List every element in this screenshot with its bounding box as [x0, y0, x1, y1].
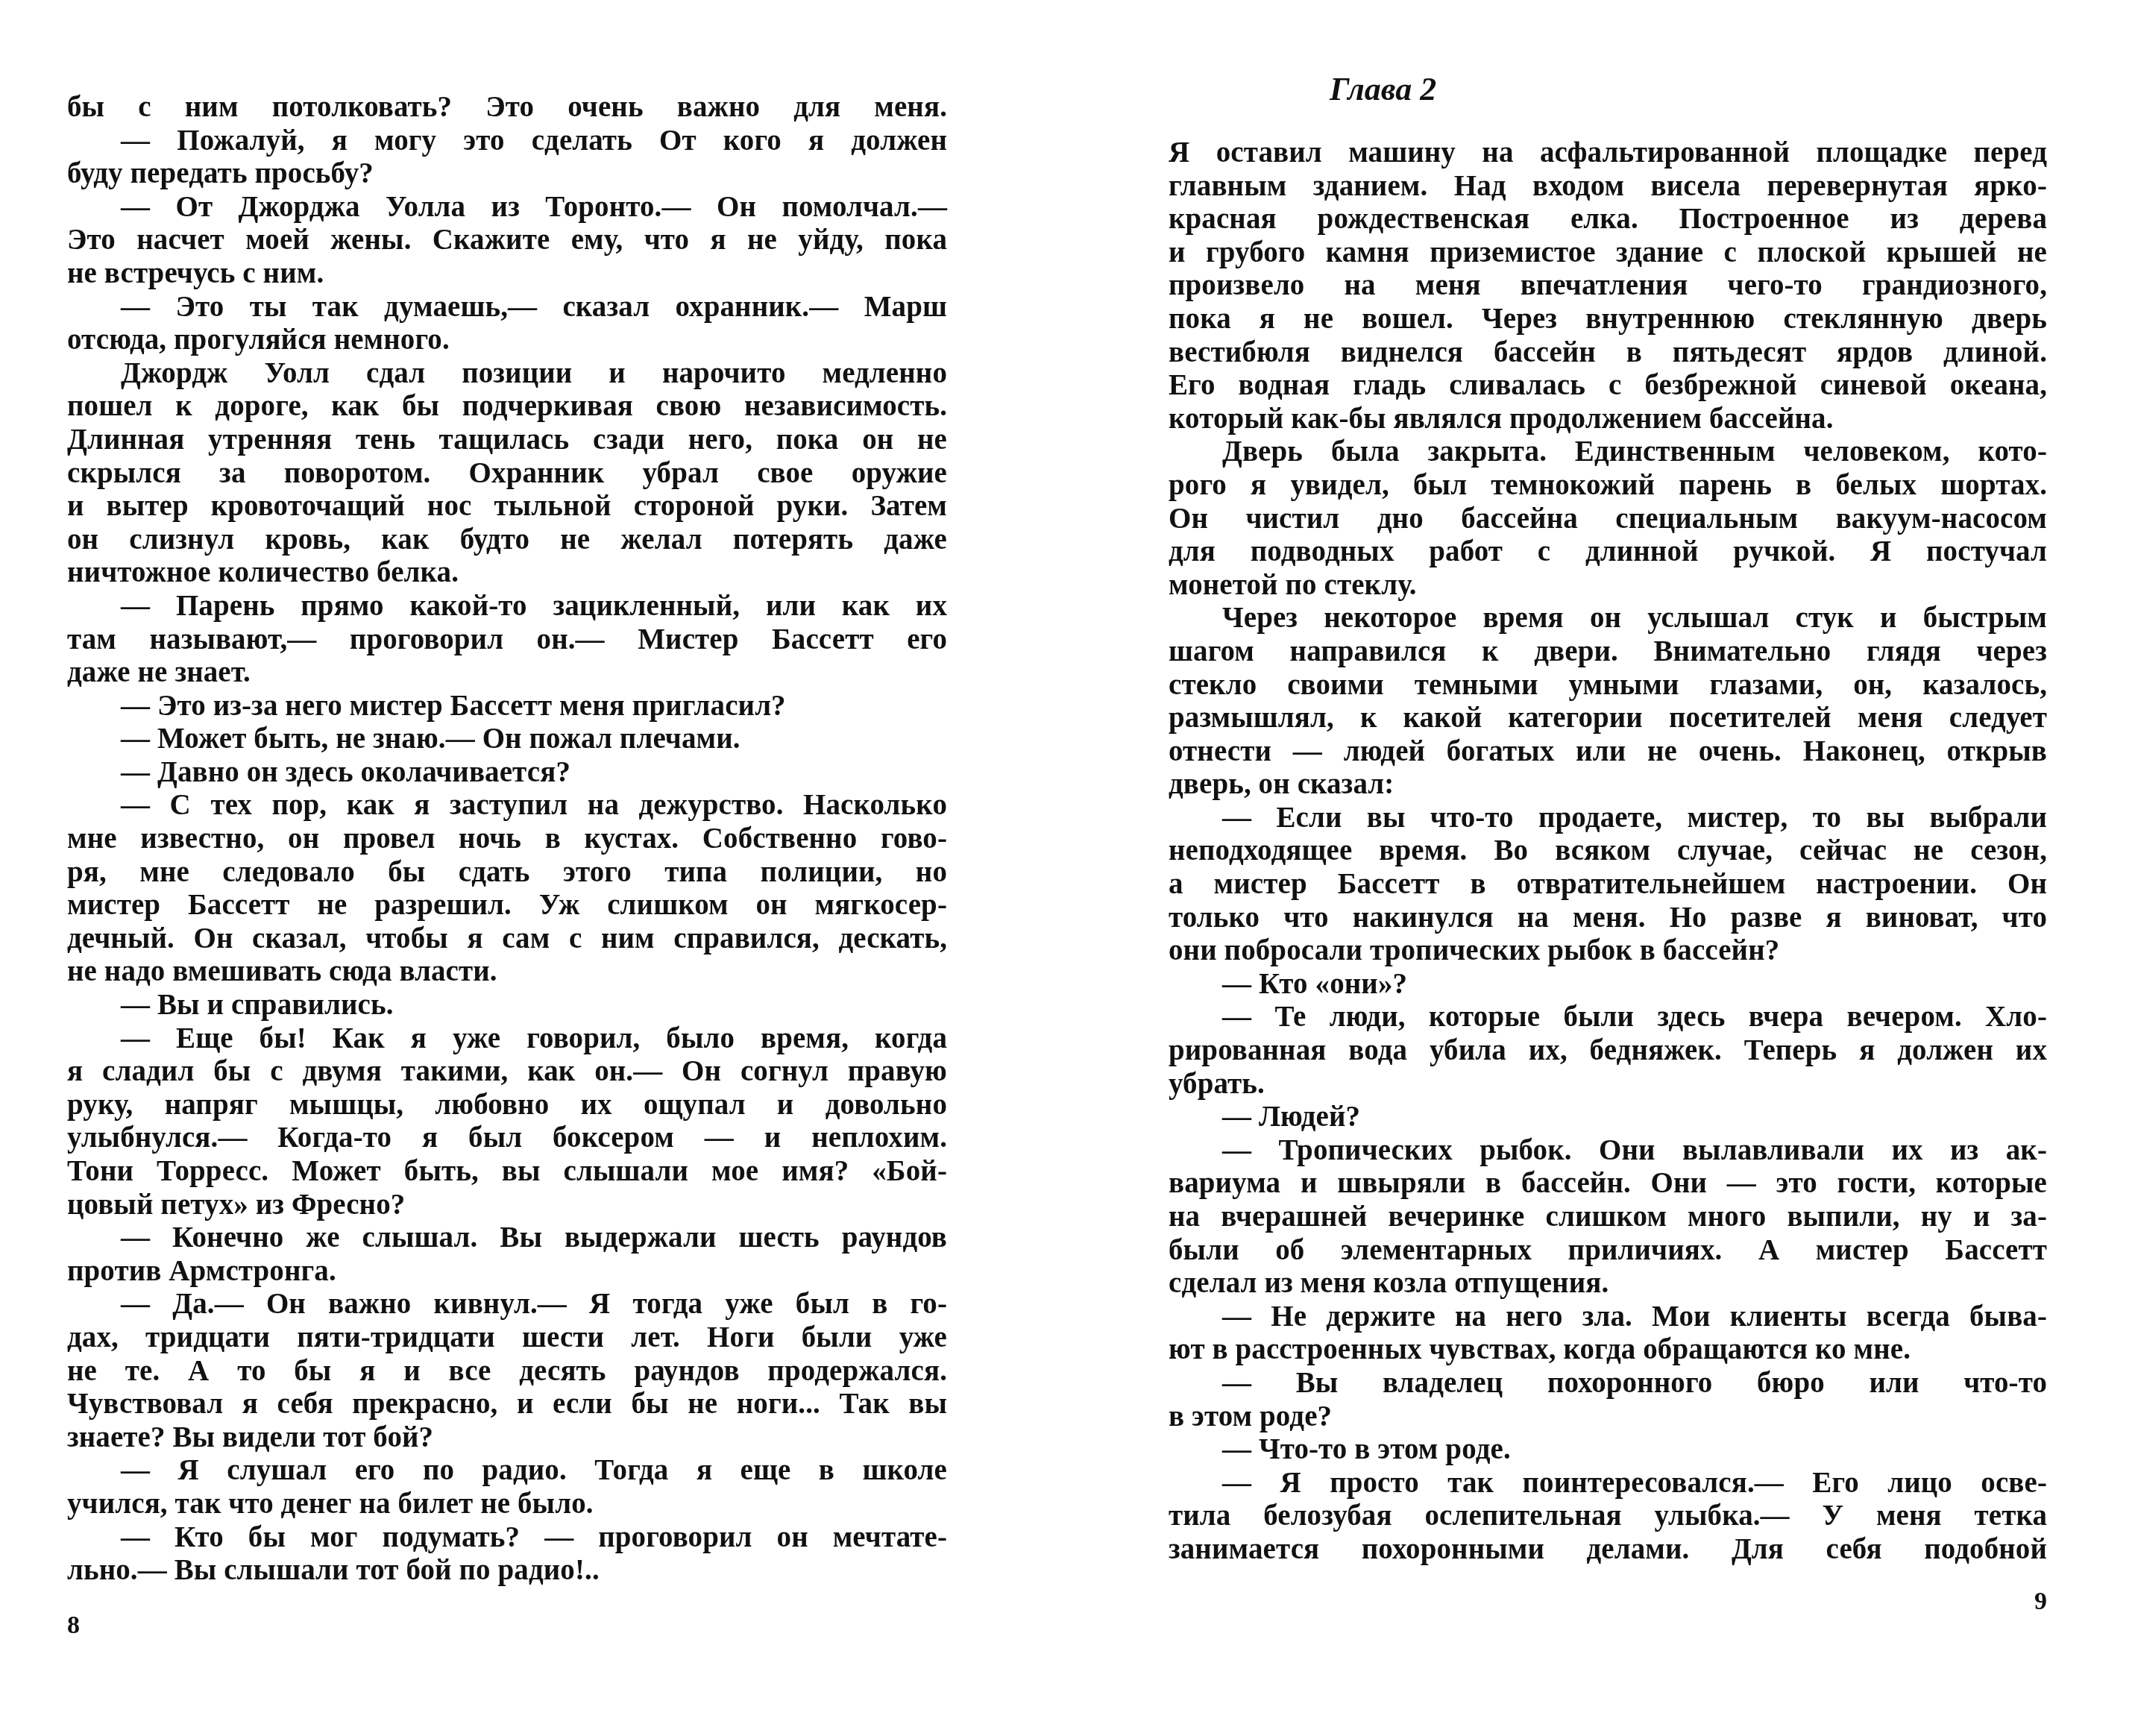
text-line: шагом направился к двери. Внимательно гл… — [1169, 635, 2047, 669]
text-line: тила белозубая ослепительная улыбка.— У … — [1169, 1500, 2047, 1533]
text-line: мистер Бассетт не разрешил. Уж слишком о… — [67, 889, 947, 922]
text-line: вариума и швыряли в бассейн. Они — это г… — [1169, 1167, 2047, 1201]
text-line: сделал из меня козла отпущения. — [1169, 1267, 2047, 1301]
text-line: ря, мне следовало бы сдать этого типа по… — [67, 856, 947, 890]
text-line: ничтожное количество белка. — [67, 556, 947, 590]
text-line: я сладил бы с двумя такими, как он.— Он … — [67, 1055, 947, 1089]
text-line: — Вы владелец похоронного бюро или что-т… — [1169, 1367, 2047, 1400]
text-line: не встречусь с ним. — [67, 257, 947, 291]
text-line: — Давно он здесь околачивается? — [67, 756, 947, 790]
text-line: не надо вмешивать сюда власти. — [67, 955, 947, 989]
text-line: и вытер кровоточащий нос тыльной стороно… — [67, 490, 947, 523]
text-line: — Может быть, не знаю.— Он пожал плечами… — [67, 723, 947, 756]
text-line: руку, напряг мышцы, любовно их ощупал и … — [67, 1089, 947, 1122]
text-line: — Это из-за него мистер Бассетт меня при… — [67, 690, 947, 723]
text-line: отсюда, прогуляйся немного. — [67, 324, 947, 357]
text-line: и грубого камня приземистое здание с пло… — [1169, 236, 2047, 270]
right-page: Глава 2 Я оставил машину на асфальтирова… — [1169, 0, 2047, 1736]
text-line: льно.— Вы слышали тот бой по радио!.. — [67, 1554, 947, 1588]
text-line: только что накинулся на меня. Но разве я… — [1169, 902, 2047, 935]
text-line: Он чистил дно бассейна специальным вакуу… — [1169, 503, 2047, 536]
text-line: Длинная утренняя тень тащилась сзади нег… — [67, 424, 947, 457]
text-line: Тони Торресс. Может быть, вы слышали мое… — [67, 1155, 947, 1189]
text-line: бы с ним потолковать? Это очень важно дл… — [67, 91, 947, 125]
text-line: монетой по стеклу. — [1169, 569, 2047, 603]
text-line: — Те люди, которые были здесь вчера вече… — [1169, 1001, 2047, 1034]
text-line: который как-бы являлся продолжением басс… — [1169, 403, 2047, 436]
text-line: стекло своими темными умными глазами, он… — [1169, 669, 2047, 702]
text-line: главным зданием. Над входом висела перев… — [1169, 170, 2047, 204]
text-line: он слизнул кровь, как будто не желал пот… — [67, 523, 947, 557]
page-number-left: 8 — [67, 1611, 80, 1641]
text-line: вестибюля виднелся бассейн в пятьдесят я… — [1169, 336, 2047, 370]
text-line: буду передать просьбу? — [67, 157, 947, 191]
text-line: отнести — людей богатых или не очень. На… — [1169, 735, 2047, 769]
text-line: рированная вода убила их, бедняжек. Тепе… — [1169, 1034, 2047, 1068]
text-line: против Армстронга. — [67, 1255, 947, 1289]
text-line: занимается похоронными делами. Для себя … — [1169, 1533, 2047, 1567]
text-line: — Что-то в этом роде. — [1169, 1433, 2047, 1467]
text-line: — Вы и справились. — [67, 989, 947, 1022]
text-line: дах, тридцати пяти-тридцати шести лет. Н… — [67, 1321, 947, 1355]
text-line: — Парень прямо какой-то зацикленный, или… — [67, 590, 947, 623]
text-line: — Кто «они»? — [1169, 968, 2047, 1001]
text-line: улыбнулся.— Когда-то я был боксером — и … — [67, 1122, 947, 1155]
chapter-title: Глава 2 — [1330, 69, 1436, 110]
text-line: — Да.— Он важно кивнул.— Я тогда уже был… — [67, 1288, 947, 1321]
text-line: ют в расстроенных чувствах, когда обраща… — [1169, 1333, 2047, 1367]
text-line: — От Джорджа Уолла из Торонто.— Он помол… — [67, 191, 947, 224]
text-line: Дверь была закрыта. Единственным человек… — [1169, 435, 2047, 469]
text-line: рого я увидел, был темнокожий парень в б… — [1169, 469, 2047, 503]
text-line: — Тропических рыбок. Они вылавливали их … — [1169, 1134, 2047, 1168]
text-line: цовый петух» из Фресно? — [67, 1189, 947, 1222]
text-line: — Я просто так поинтересовался.— Его лиц… — [1169, 1467, 2047, 1500]
text-line: дверь, он сказал: — [1169, 768, 2047, 802]
text-line: скрылся за поворотом. Охранник убрал сво… — [67, 457, 947, 491]
text-line: мне известно, он провел ночь в кустах. С… — [67, 823, 947, 856]
text-line: произвело на меня впечатления чего-то гр… — [1169, 269, 2047, 303]
text-line: — Кто бы мог подумать? — проговорил он м… — [67, 1521, 947, 1555]
left-page-text: бы с ним потолковать? Это очень важно дл… — [67, 91, 947, 1588]
text-line: а мистер Бассетт в отвратительнейшем нас… — [1169, 868, 2047, 902]
right-page-text: Я оставил машину на асфальтированной пло… — [1169, 136, 2047, 1567]
text-line: там называют,— проговорил он.— Мистер Ба… — [67, 623, 947, 657]
text-line: — Не держите на него зла. Мои клиенты вс… — [1169, 1301, 2047, 1334]
text-line: — Если вы что-то продаете, мистер, то вы… — [1169, 802, 2047, 835]
text-line: не те. А то бы я и все десять раундов пр… — [67, 1355, 947, 1389]
left-page: бы с ним потолковать? Это очень важно дл… — [67, 0, 947, 1736]
text-line: Чувствовал я себя прекрасно, и если бы н… — [67, 1388, 947, 1421]
text-line: Джордж Уолл сдал позиции и нарочито медл… — [67, 357, 947, 391]
text-line: пока я не вошел. Через внутреннюю стекля… — [1169, 303, 2047, 336]
text-line: — Пожалуй, я могу это сделать От кого я … — [67, 125, 947, 158]
text-line: — С тех пор, как я заступил на дежурство… — [67, 789, 947, 823]
text-line: — Еще бы! Как я уже говорил, было время,… — [67, 1022, 947, 1056]
text-line: пошел к дороге, как бы подчеркивая свою … — [67, 390, 947, 424]
page-number-right: 9 — [2034, 1587, 2047, 1617]
text-line: неподходящее время. Во всяком случае, се… — [1169, 834, 2047, 868]
text-line: учился, так что денег на билет не было. — [67, 1488, 947, 1521]
text-line: Его водная гладь сливалась с безбрежной … — [1169, 369, 2047, 403]
text-line: даже не знает. — [67, 656, 947, 690]
text-line: Я оставил машину на асфальтированной пло… — [1169, 136, 2047, 170]
text-line: размышлял, к какой категории посетителей… — [1169, 702, 2047, 735]
text-line: красная рождественская елка. Построенное… — [1169, 203, 2047, 236]
text-line: дечный. Он сказал, чтобы я сам с ним спр… — [67, 922, 947, 956]
text-line: на вчерашней вечеринке слишком много вып… — [1169, 1201, 2047, 1234]
text-line: знаете? Вы видели тот бой? — [67, 1421, 947, 1455]
text-line: были об элементарных приличиях. А мистер… — [1169, 1234, 2047, 1268]
text-line: убрать. — [1169, 1068, 2047, 1101]
text-line: для подводных работ с длинной ручкой. Я … — [1169, 535, 2047, 569]
text-line: — Конечно же слышал. Вы выдержали шесть … — [67, 1221, 947, 1255]
text-line: они побросали тропических рыбок в бассей… — [1169, 934, 2047, 968]
text-line: в этом роде? — [1169, 1400, 2047, 1434]
text-line: — Это ты так думаешь,— сказал охранник.—… — [67, 291, 947, 324]
text-line: — Людей? — [1169, 1101, 2047, 1134]
text-line: — Я слушал его по радио. Тогда я еще в ш… — [67, 1454, 947, 1488]
text-line: Через некоторое время он услышал стук и … — [1169, 602, 2047, 635]
text-line: Это насчет моей жены. Скажите ему, что я… — [67, 224, 947, 257]
